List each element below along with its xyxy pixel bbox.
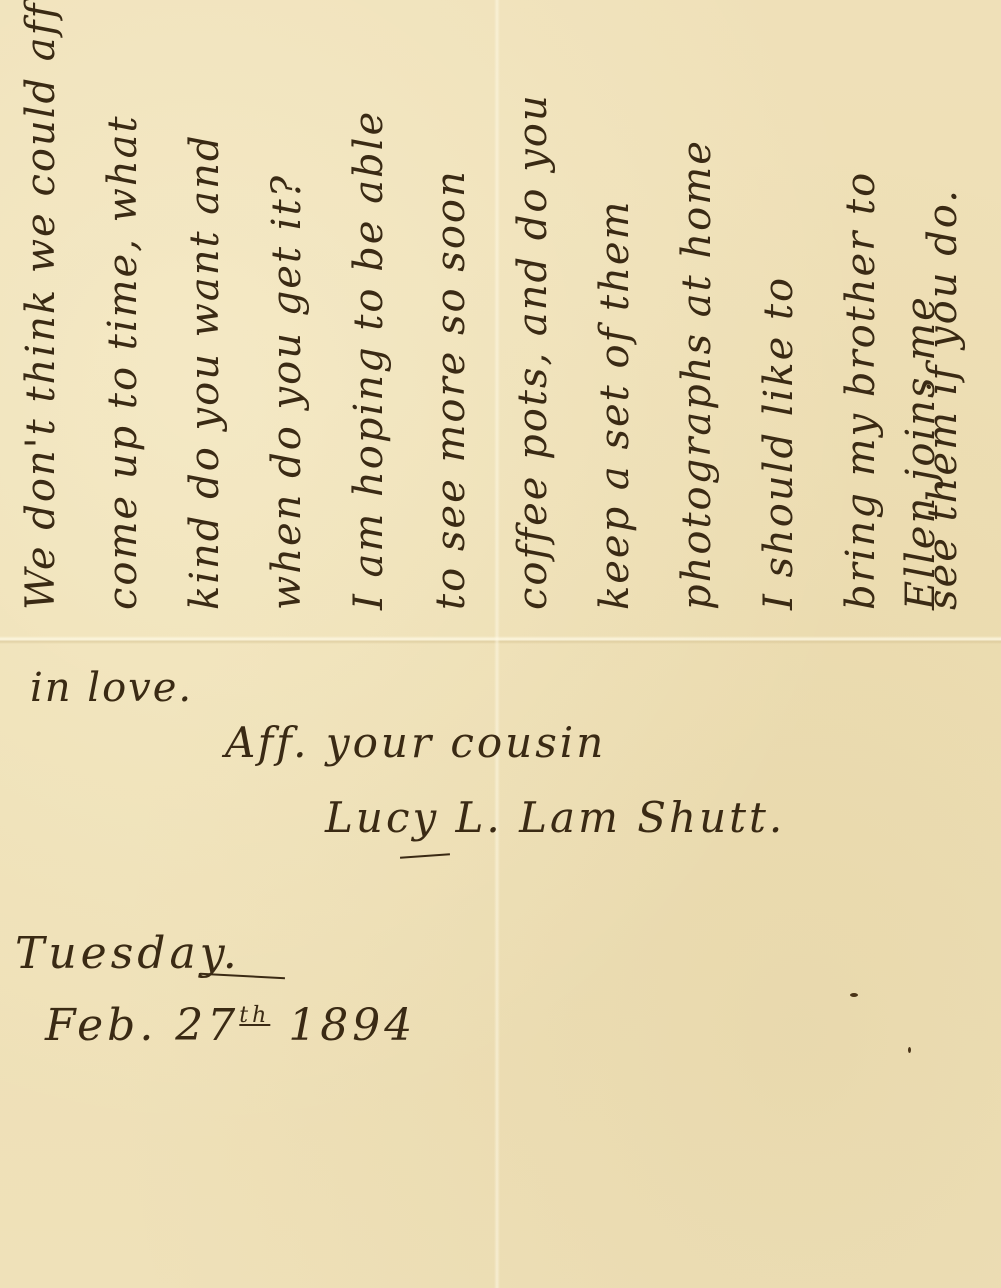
horizontal-fold-line [0, 636, 1001, 644]
dateline-date: Feb. 27th 1894 [45, 1000, 416, 1051]
date-month-day: Feb. 27 [45, 1000, 239, 1051]
letter-line: Ellen joins me [880, 0, 962, 620]
ink-speck [908, 1047, 911, 1053]
letter-line: kind do you want and [164, 0, 246, 620]
valediction: Aff. your cousin [225, 718, 606, 767]
letter-line: photographs at home [656, 0, 738, 620]
letter-line: when do you get it? [246, 0, 328, 620]
dateline-day: Tuesday. [15, 928, 241, 979]
letter-line: coffee pots, and do you [492, 0, 574, 620]
ink-speck [850, 993, 858, 997]
letter-line: come up to time, what [82, 0, 164, 620]
letter-line: I should like to [738, 0, 820, 620]
date-ordinal: th [239, 1003, 270, 1028]
letter-line: keep a set of them [574, 0, 656, 620]
date-year: 1894 [288, 1000, 416, 1051]
letter-line: We don't think we could afford [0, 0, 82, 620]
letter-line: to see more so soon [410, 0, 492, 620]
letter-line: I am hoping to be able [328, 0, 410, 620]
rotated-letter-text-final: Ellen joins me [880, 0, 1001, 620]
rotated-letter-text: We don't think we could afford come up t… [0, 0, 960, 620]
closing-continuation: in love. [30, 665, 193, 711]
signature: Lucy L. Lam Shutt. [325, 793, 785, 842]
